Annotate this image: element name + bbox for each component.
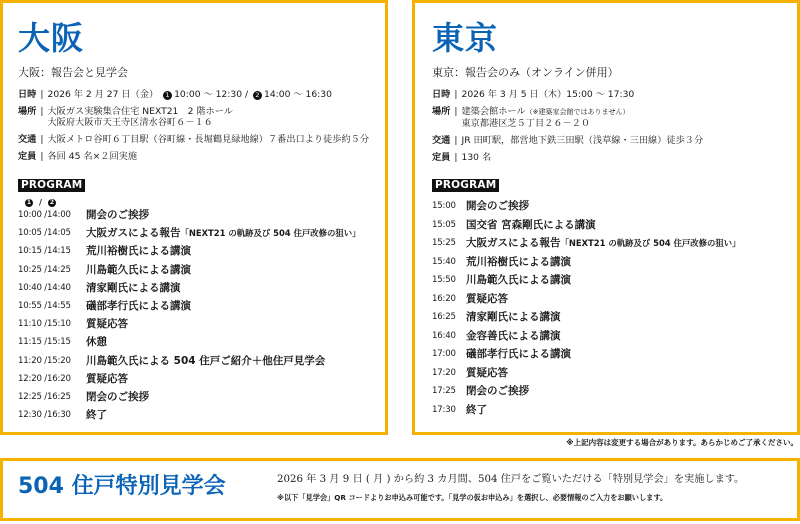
program-title: 国交省 宮森剛氏による講演 bbox=[466, 216, 596, 235]
program-item: 10:25 /14:25川島範久氏による講演 bbox=[18, 261, 361, 279]
program-time: 15:50 bbox=[432, 271, 466, 290]
program-title-text: 大阪ガスによる報告 bbox=[466, 237, 561, 249]
program-title-text: 質疑応答 bbox=[466, 293, 508, 305]
program-time: 10:25 /14:25 bbox=[18, 261, 86, 279]
program-title-text: 閉会のご挨拶 bbox=[466, 385, 529, 397]
capacity-value: 130 名 bbox=[461, 152, 491, 163]
separator: | bbox=[40, 89, 43, 100]
change-notice: ※上記内容は変更する場合があります。あらかじめご了承ください。 bbox=[566, 438, 798, 448]
program-title: 荒川裕樹氏による講演 bbox=[86, 242, 191, 260]
program-item: 17:30終了 bbox=[432, 401, 741, 420]
program-item: 15:50川島範久氏による講演 bbox=[432, 271, 741, 290]
osaka-access-row: 交通 | 大阪メトロ谷町６丁目駅（谷町線・長堀鶴見緑地線）７番出口より徒歩約５分 bbox=[18, 134, 369, 145]
osaka-panel: 大阪 大阪：報告会と見学会 日時 | 2026 年 2 月 27 日（金） 11… bbox=[0, 0, 388, 435]
program-title-text: 休憩 bbox=[86, 336, 107, 348]
program-time: 15:05 bbox=[432, 216, 466, 235]
program-item: 15:40荒川裕樹氏による講演 bbox=[432, 253, 741, 272]
program-item: 16:40金容善氏による講演 bbox=[432, 327, 741, 346]
program-title: 質疑応答 bbox=[86, 370, 128, 388]
program-title: 礒部孝行氏による講演 bbox=[86, 297, 191, 315]
date-text: 2026 年 2 月 27 日（金） bbox=[47, 89, 158, 100]
program-title-text: 質疑応答 bbox=[86, 318, 128, 330]
program-item: 16:20質疑応答 bbox=[432, 290, 741, 309]
program-item: 12:30 /16:30終了 bbox=[18, 406, 361, 424]
separator: | bbox=[454, 135, 457, 146]
program-title: 大阪ガスによる報告「NEXT21 の軌跡及び 504 住戸改修の狙い」 bbox=[466, 234, 741, 253]
program-title: 閉会のご挨拶 bbox=[86, 388, 149, 406]
date-value: 2026 年 2 月 27 日（金） 110:00 〜 12:30 / 214:… bbox=[47, 89, 331, 100]
program-item: 11:15 /15:15休憩 bbox=[18, 333, 361, 351]
program-time: 17:20 bbox=[432, 364, 466, 383]
place-value: 建築会館ホール（※建築家会館ではありません） 東京都港区芝５丁目２６－２０ bbox=[461, 106, 629, 129]
place-line-2: 大阪府大阪市天王寺区清水谷町６－１６ bbox=[47, 117, 232, 128]
program-title: 開会のご挨拶 bbox=[86, 206, 149, 224]
place-value: 大阪ガス実験集合住宅 NEXT21 2 階ホール 大阪府大阪市天王寺区清水谷町６… bbox=[47, 106, 232, 128]
program-title: 川島範久氏による講演 bbox=[86, 261, 191, 279]
program-title-text: 清家剛氏による講演 bbox=[86, 282, 181, 294]
program-title: 質疑応答 bbox=[466, 364, 508, 383]
banner-text: 2026 年 3 月 9 日 ( 月 ) から約 3 カ月間、504 住戸をご覧… bbox=[277, 474, 744, 486]
program-item: 10:15 /14:15荒川裕樹氏による講演 bbox=[18, 242, 361, 260]
tokyo-access-row: 交通 | JR 田町駅，都営地下鉄三田駅（浅草線・三田線）徒歩３分 bbox=[432, 135, 703, 146]
program-time: 16:25 bbox=[432, 308, 466, 327]
osaka-program-label: PROGRAM bbox=[18, 179, 85, 192]
program-title-text: 質疑応答 bbox=[86, 373, 128, 385]
session-2-time: 14:00 〜 16:30 bbox=[264, 89, 332, 100]
program-title-text: 閉会のご挨拶 bbox=[86, 391, 149, 403]
special-tour-banner: 504 住戸特別見学会 2026 年 3 月 9 日 ( 月 ) から約 3 カ… bbox=[0, 458, 800, 521]
program-title-text: 大阪ガスによる報告 bbox=[86, 227, 181, 239]
program-title: 清家剛氏による講演 bbox=[86, 279, 181, 297]
tokyo-program-list: 15:00開会のご挨拶15:05国交省 宮森剛氏による講演15:25大阪ガスによ… bbox=[432, 197, 741, 419]
place-label: 場所 bbox=[18, 106, 36, 128]
osaka-title: 大阪 bbox=[18, 22, 84, 54]
program-title-text: 川島範久氏による 504 住戸ご紹介＋他住戸見学会 bbox=[86, 355, 325, 367]
access-value: 大阪メトロ谷町６丁目駅（谷町線・長堀鶴見緑地線）７番出口より徒歩約５分 bbox=[47, 134, 369, 145]
program-title: 休憩 bbox=[86, 333, 107, 351]
program-title-text: 開会のご挨拶 bbox=[86, 209, 149, 221]
program-title-text: 荒川裕樹氏による講演 bbox=[466, 256, 571, 268]
program-time: 16:40 bbox=[432, 327, 466, 346]
program-title-text: 川島範久氏による講演 bbox=[86, 264, 191, 276]
place-name: 建築会館ホール bbox=[461, 106, 525, 117]
program-item: 17:00礒部孝行氏による講演 bbox=[432, 345, 741, 364]
program-title-text: 終了 bbox=[86, 409, 107, 421]
tokyo-date-row: 日時 | 2026 年 3 月 5 日（木）15:00 〜 17:30 bbox=[432, 89, 703, 100]
separator: | bbox=[40, 151, 43, 162]
date-value: 2026 年 3 月 5 日（木）15:00 〜 17:30 bbox=[461, 89, 634, 100]
program-time: 10:40 /14:40 bbox=[18, 279, 86, 297]
program-title-text: 礒部孝行氏による講演 bbox=[466, 348, 571, 360]
program-time: 12:25 /16:25 bbox=[18, 388, 86, 406]
osaka-capacity-row: 定員 | 各回 45 名×２回実施 bbox=[18, 151, 369, 162]
program-title: 金容善氏による講演 bbox=[466, 327, 561, 346]
program-item: 12:20 /16:20質疑応答 bbox=[18, 370, 361, 388]
separator: | bbox=[454, 89, 457, 100]
program-item: 11:20 /15:20川島範久氏による 504 住戸ご紹介＋他住戸見学会 bbox=[18, 352, 361, 370]
program-item: 16:25清家剛氏による講演 bbox=[432, 308, 741, 327]
tokyo-program-label: PROGRAM bbox=[432, 179, 499, 192]
osaka-program-list: 10:00 /14:00開会のご挨拶10:05 /14:05大阪ガスによる報告「… bbox=[18, 206, 361, 424]
program-time: 10:00 /14:00 bbox=[18, 206, 86, 224]
program-title-subtext: 「NEXT21 の軌跡及び 504 住戸改修の狙い」 bbox=[181, 228, 361, 238]
program-title-text: 礒部孝行氏による講演 bbox=[86, 300, 191, 312]
osaka-place-row: 場所 | 大阪ガス実験集合住宅 NEXT21 2 階ホール 大阪府大阪市天王寺区… bbox=[18, 106, 369, 128]
program-time: 11:15 /15:15 bbox=[18, 333, 86, 351]
access-value: JR 田町駅，都営地下鉄三田駅（浅草線・三田線）徒歩３分 bbox=[461, 135, 703, 146]
program-time: 10:15 /14:15 bbox=[18, 242, 86, 260]
tokyo-capacity-row: 定員 | 130 名 bbox=[432, 152, 703, 163]
program-title: 礒部孝行氏による講演 bbox=[466, 345, 571, 364]
place-line-1: 建築会館ホール（※建築家会館ではありません） bbox=[461, 106, 629, 118]
date-label: 日時 bbox=[18, 89, 36, 100]
tokyo-info: 日時 | 2026 年 3 月 5 日（木）15:00 〜 17:30 場所 |… bbox=[432, 89, 703, 169]
program-title-text: 川島範久氏による講演 bbox=[466, 274, 571, 286]
program-title: 質疑応答 bbox=[86, 315, 128, 333]
separator: | bbox=[454, 152, 457, 163]
program-time: 12:20 /16:20 bbox=[18, 370, 86, 388]
tokyo-place-row: 場所 | 建築会館ホール（※建築家会館ではありません） 東京都港区芝５丁目２６－… bbox=[432, 106, 703, 129]
program-time: 11:10 /15:10 bbox=[18, 315, 86, 333]
program-item: 17:25閉会のご挨拶 bbox=[432, 382, 741, 401]
program-title: 大阪ガスによる報告「NEXT21 の軌跡及び 504 住戸改修の狙い」 bbox=[86, 224, 361, 242]
place-label: 場所 bbox=[432, 106, 450, 129]
program-item: 15:05国交省 宮森剛氏による講演 bbox=[432, 216, 741, 235]
program-item: 15:00開会のご挨拶 bbox=[432, 197, 741, 216]
access-label: 交通 bbox=[18, 134, 36, 145]
capacity-label: 定員 bbox=[18, 151, 36, 162]
program-title: 開会のご挨拶 bbox=[466, 197, 529, 216]
place-line-2: 東京都港区芝５丁目２６－２０ bbox=[461, 118, 629, 129]
program-title: 閉会のご挨拶 bbox=[466, 382, 529, 401]
program-title: 荒川裕樹氏による講演 bbox=[466, 253, 571, 272]
program-item: 10:00 /14:00開会のご挨拶 bbox=[18, 206, 361, 224]
capacity-value: 各回 45 名×２回実施 bbox=[47, 151, 137, 162]
capacity-label: 定員 bbox=[432, 152, 450, 163]
program-title: 質疑応答 bbox=[466, 290, 508, 309]
program-title: 川島範久氏による講演 bbox=[466, 271, 571, 290]
program-time: 15:40 bbox=[432, 253, 466, 272]
program-time: 16:20 bbox=[432, 290, 466, 309]
program-item: 10:55 /14:55礒部孝行氏による講演 bbox=[18, 297, 361, 315]
tokyo-title: 東京 bbox=[432, 22, 498, 54]
program-time: 10:55 /14:55 bbox=[18, 297, 86, 315]
program-title-text: 国交省 宮森剛氏による講演 bbox=[466, 219, 596, 231]
program-title: 清家剛氏による講演 bbox=[466, 308, 561, 327]
tokyo-panel: 東京 東京：報告会のみ（オンライン併用） 日時 | 2026 年 3 月 5 日… bbox=[412, 0, 800, 435]
program-title-subtext: 「NEXT21 の軌跡及び 504 住戸改修の狙い」 bbox=[561, 238, 741, 248]
program-title-text: 開会のご挨拶 bbox=[466, 200, 529, 212]
program-title: 終了 bbox=[86, 406, 107, 424]
session-1-time: 10:00 〜 12:30 / bbox=[174, 89, 248, 100]
osaka-subtitle: 大阪：報告会と見学会 bbox=[18, 67, 128, 78]
program-time: 11:20 /15:20 bbox=[18, 352, 86, 370]
program-item: 10:05 /14:05大阪ガスによる報告「NEXT21 の軌跡及び 504 住… bbox=[18, 224, 361, 242]
program-item: 12:25 /16:25閉会のご挨拶 bbox=[18, 388, 361, 406]
program-title: 川島範久氏による 504 住戸ご紹介＋他住戸見学会 bbox=[86, 352, 325, 370]
program-time: 15:25 bbox=[432, 234, 466, 253]
program-title-text: 荒川裕樹氏による講演 bbox=[86, 245, 191, 257]
program-title-text: 終了 bbox=[466, 404, 487, 416]
program-time: 10:05 /14:05 bbox=[18, 224, 86, 242]
banner-title: 504 住戸特別見学会 bbox=[18, 476, 226, 498]
program-item: 15:25大阪ガスによる報告「NEXT21 の軌跡及び 504 住戸改修の狙い」 bbox=[432, 234, 741, 253]
banner-subtext: ※以下「見学会」QR コードよりお申込み可能です。「見学の仮お申込み」を選択し、… bbox=[277, 493, 667, 503]
program-title-text: 質疑応答 bbox=[466, 367, 508, 379]
program-time: 17:00 bbox=[432, 345, 466, 364]
program-title: 終了 bbox=[466, 401, 487, 420]
date-label: 日時 bbox=[432, 89, 450, 100]
session-1-icon: 1 bbox=[163, 91, 172, 100]
place-line-1: 大阪ガス実験集合住宅 NEXT21 2 階ホール bbox=[47, 106, 232, 117]
program-title-text: 清家剛氏による講演 bbox=[466, 311, 561, 323]
separator: | bbox=[40, 134, 43, 145]
program-title-text: 金容善氏による講演 bbox=[466, 330, 561, 342]
program-time: 15:00 bbox=[432, 197, 466, 216]
osaka-date-row: 日時 | 2026 年 2 月 27 日（金） 110:00 〜 12:30 /… bbox=[18, 89, 369, 100]
program-time: 17:30 bbox=[432, 401, 466, 420]
program-item: 10:40 /14:40清家剛氏による講演 bbox=[18, 279, 361, 297]
place-note: （※建築家会館ではありません） bbox=[526, 108, 630, 116]
session-2-icon: 2 bbox=[253, 91, 262, 100]
program-time: 17:25 bbox=[432, 382, 466, 401]
tokyo-subtitle: 東京：報告会のみ（オンライン併用） bbox=[432, 67, 619, 78]
access-label: 交通 bbox=[432, 135, 450, 146]
osaka-info: 日時 | 2026 年 2 月 27 日（金） 110:00 〜 12:30 /… bbox=[18, 89, 369, 168]
program-item: 17:20質疑応答 bbox=[432, 364, 741, 383]
separator: | bbox=[454, 106, 457, 129]
program-item: 11:10 /15:10質疑応答 bbox=[18, 315, 361, 333]
separator: | bbox=[40, 106, 43, 128]
program-time: 12:30 /16:30 bbox=[18, 406, 86, 424]
